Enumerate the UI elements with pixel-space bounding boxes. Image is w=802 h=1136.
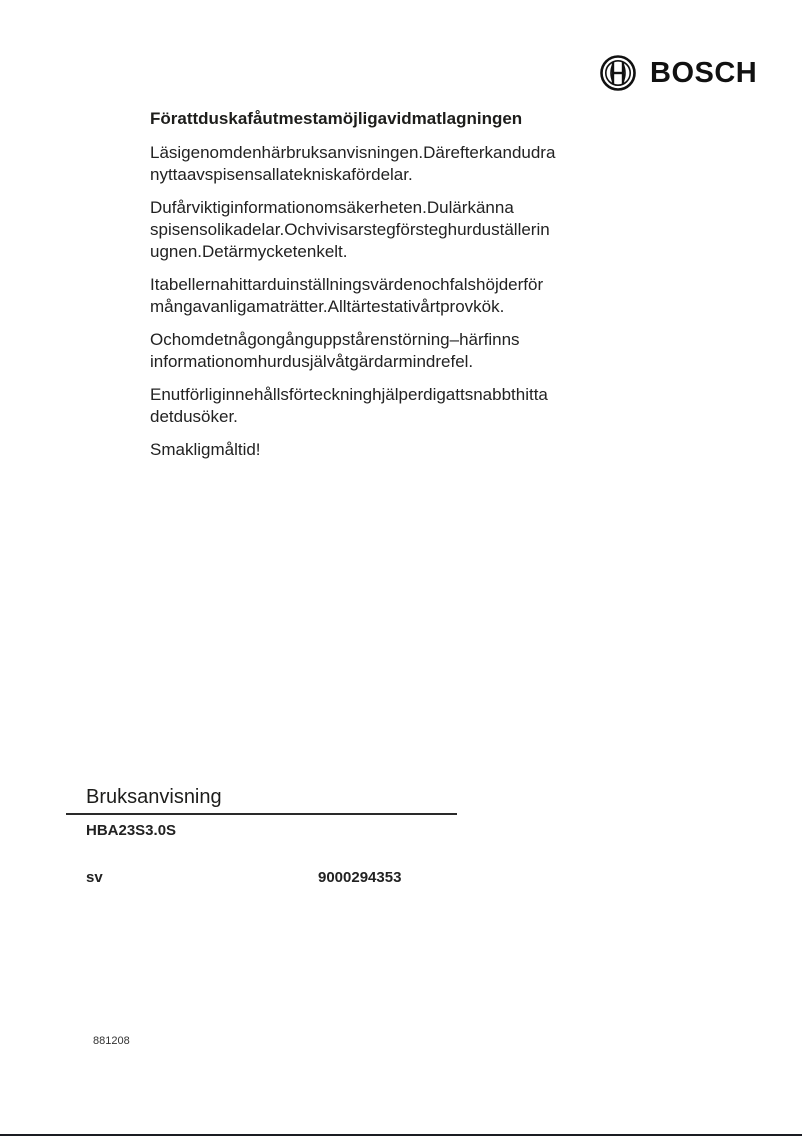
model-number: HBA23S3.0S — [86, 822, 176, 839]
intro-paragraph: Smakligmåltid! — [150, 439, 610, 461]
brand-logo: BOSCH — [600, 54, 757, 92]
document-number: 9000294353 — [318, 869, 401, 886]
bosch-armature-icon — [600, 55, 636, 91]
manual-title: Bruksanvisning — [86, 786, 222, 809]
intro-paragraph: Dufårviktiginformationomsäkerheten.Dulär… — [150, 197, 610, 263]
intro-title: Förattduskafåutmestamöjligavidmatlagning… — [150, 108, 610, 130]
intro-paragraph: Enutförliginnehållsförteckninghjälperdig… — [150, 384, 610, 428]
print-code: 881208 — [93, 1035, 130, 1047]
intro-paragraph: Läsigenomdenhärbruksanvisningen.Därefter… — [150, 142, 610, 186]
intro-section: Förattduskafåutmestamöjligavidmatlagning… — [150, 108, 610, 472]
brand-name: BOSCH — [650, 57, 757, 90]
intro-paragraph: Ochomdetnågongånguppstårenstörning–härfi… — [150, 329, 610, 373]
language-code: sv — [86, 869, 103, 886]
intro-paragraph: Itabellernahittarduinställningsvärdenoch… — [150, 274, 610, 318]
title-divider — [66, 813, 457, 815]
